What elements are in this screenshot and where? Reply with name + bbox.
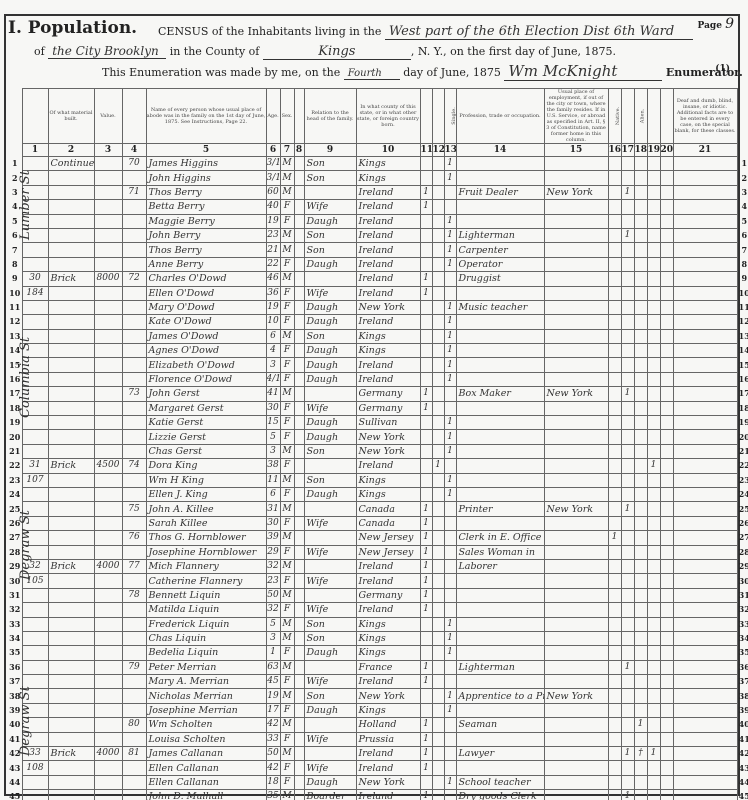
family-number: [122, 516, 146, 530]
material: [48, 732, 94, 746]
age: 11: [266, 473, 280, 487]
occupation: Dry goods Clerk: [456, 790, 544, 800]
color: [294, 387, 304, 401]
age: 46: [266, 272, 280, 286]
person-name: James O'Dowd: [146, 329, 266, 343]
age: 32: [266, 603, 280, 617]
illiterate: [660, 516, 673, 530]
column-number: 1: [22, 144, 48, 157]
table-row: 28Josephine Hornblower29FWifeNew Jersey1…: [8, 545, 748, 559]
sex: F: [280, 516, 294, 530]
illiterate: [660, 257, 673, 271]
line-number-left: 45: [8, 790, 22, 800]
employment-place: [544, 200, 608, 214]
line-number-right: 35: [737, 646, 748, 660]
land-owner: [647, 315, 660, 329]
line-number-left: 21: [8, 444, 22, 458]
married: 1: [420, 588, 432, 602]
remarks: [673, 157, 737, 171]
value: [94, 617, 122, 631]
enumeration-date-text: day of June, 1875: [403, 66, 501, 79]
relation: Son: [304, 617, 356, 631]
value: [94, 703, 122, 717]
person-name: Thos Berry: [146, 185, 266, 199]
married: 1: [420, 660, 432, 674]
birthplace: Ireland: [356, 459, 420, 473]
dwelling-number: [22, 660, 48, 674]
table-row: 45John D. Mulhall35MBoarderIreland1Dry g…: [8, 790, 748, 800]
table-row: 10184Ellen O'Dowd36FWifeIreland110: [8, 286, 748, 300]
material: [48, 214, 94, 228]
table-row: 2776Thos G. Hornblower39MNew Jersey1Cler…: [8, 531, 748, 545]
value: [94, 372, 122, 386]
native: [608, 430, 621, 444]
land-owner: [647, 775, 660, 789]
widowed: [432, 559, 444, 573]
remarks: [673, 646, 737, 660]
widowed: [432, 660, 444, 674]
family-number: [122, 430, 146, 444]
alien: [634, 243, 647, 257]
relation: Daugh: [304, 344, 356, 358]
single: 1: [444, 358, 456, 372]
col-14-header: Profession, trade or occupation.: [456, 89, 544, 144]
dwelling-number: 107: [22, 473, 48, 487]
native: [608, 646, 621, 660]
col-16-header: Native.: [608, 89, 621, 144]
native: [608, 344, 621, 358]
illiterate: [660, 559, 673, 573]
dwelling-number: [22, 243, 48, 257]
land-owner: [647, 157, 660, 171]
col-9-header: Relation to the head of the family.: [304, 89, 356, 144]
native: [608, 718, 621, 732]
birthplace: Kings: [356, 631, 420, 645]
sex: F: [280, 214, 294, 228]
land-owner: [647, 516, 660, 530]
material: [48, 588, 94, 602]
line-number-right: 28: [737, 545, 748, 559]
material: [48, 646, 94, 660]
sex: F: [280, 344, 294, 358]
value: [94, 228, 122, 242]
person-name: Wm H King: [146, 473, 266, 487]
age: 60: [266, 185, 280, 199]
alien: [634, 459, 647, 473]
table-row: 13James O'Dowd6MSonKings113: [8, 329, 748, 343]
relation: Wife: [304, 761, 356, 775]
line-number-left: 9: [8, 272, 22, 286]
sex: F: [280, 545, 294, 559]
family-number: [122, 603, 146, 617]
color: [294, 344, 304, 358]
material: [48, 228, 94, 242]
dwelling-number: [22, 646, 48, 660]
naturalized: [621, 588, 634, 602]
table-row: 37Mary A. Merrian45FWifeIreland137: [8, 675, 748, 689]
sex: F: [280, 603, 294, 617]
native: [608, 603, 621, 617]
birthplace: France: [356, 660, 420, 674]
widowed: [432, 401, 444, 415]
sex: M: [280, 660, 294, 674]
native: [608, 329, 621, 343]
line-number-right: 15: [737, 358, 748, 372]
table-row: 3679Peter Merrian63MFrance1Lighterman136: [8, 660, 748, 674]
relation: Daugh: [304, 358, 356, 372]
native: [608, 157, 621, 171]
table-row: 23107Wm H King11MSonKings123: [8, 473, 748, 487]
family-number: [122, 473, 146, 487]
table-row: 4080Wm Scholten42MHolland1Seaman140: [8, 718, 748, 732]
remarks: [673, 444, 737, 458]
naturalized: 1: [621, 185, 634, 199]
line-number-left: 8: [8, 257, 22, 271]
alien: [634, 775, 647, 789]
alien: [634, 358, 647, 372]
relation: Daugh: [304, 300, 356, 314]
native: [608, 387, 621, 401]
employment-place: [544, 545, 608, 559]
relation: Son: [304, 243, 356, 257]
relation: [304, 747, 356, 761]
native: [608, 200, 621, 214]
naturalized: [621, 574, 634, 588]
age: 18: [266, 775, 280, 789]
line-number-right: 26: [737, 516, 748, 530]
material: [48, 387, 94, 401]
color: [294, 675, 304, 689]
employment-place: [544, 372, 608, 386]
table-row: 39Josephine Merrian17FDaughKings139: [8, 703, 748, 717]
family-number: [122, 790, 146, 800]
birthplace: Ireland: [356, 228, 420, 242]
occupation: [456, 171, 544, 185]
person-name: Nicholas Merrian: [146, 689, 266, 703]
married: [420, 243, 432, 257]
material: [48, 689, 94, 703]
line-number-right: 19: [737, 416, 748, 430]
birthplace: Ireland: [356, 200, 420, 214]
material: [48, 329, 94, 343]
widowed: [432, 344, 444, 358]
widowed: [432, 531, 444, 545]
naturalized: [621, 689, 634, 703]
illiterate: [660, 761, 673, 775]
family-number: [122, 315, 146, 329]
col-21-header: Deaf and dumb, blind, insane, or idiotic…: [673, 89, 737, 144]
table-row: 35Bedelia Liquin1FDaughKings135: [8, 646, 748, 660]
land-owner: [647, 487, 660, 501]
illiterate: [660, 660, 673, 674]
land-owner: [647, 286, 660, 300]
birthplace: Ireland: [356, 574, 420, 588]
material: Brick: [48, 559, 94, 573]
birthplace: Ireland: [356, 243, 420, 257]
illiterate: [660, 588, 673, 602]
color: [294, 358, 304, 372]
occupation: School teacher: [456, 775, 544, 789]
widowed: [432, 214, 444, 228]
family-number: 77: [122, 559, 146, 573]
material: [48, 502, 94, 516]
family-number: 70: [122, 157, 146, 171]
col-2-header: Of what material built.: [48, 89, 94, 144]
illiterate: [660, 459, 673, 473]
color: [294, 214, 304, 228]
remarks: [673, 487, 737, 501]
naturalized: [621, 286, 634, 300]
land-owner: [647, 603, 660, 617]
naturalized: [621, 344, 634, 358]
illiterate: [660, 689, 673, 703]
col-11-header: Now married.: [420, 89, 432, 144]
family-number: [122, 243, 146, 257]
person-name: Josephine Hornblower: [146, 545, 266, 559]
illiterate: [660, 416, 673, 430]
age: 3: [266, 444, 280, 458]
age: 30: [266, 516, 280, 530]
illiterate: [660, 531, 673, 545]
material: [48, 171, 94, 185]
value: [94, 329, 122, 343]
age: 3/12: [266, 171, 280, 185]
family-number: [122, 646, 146, 660]
table-row: 26Sarah Killee30FWifeCanada126: [8, 516, 748, 530]
material: [48, 617, 94, 631]
color: [294, 559, 304, 573]
age: 3/12: [266, 157, 280, 171]
column-number: 12: [432, 144, 444, 157]
land-owner: [647, 430, 660, 444]
relation: [304, 387, 356, 401]
value: [94, 416, 122, 430]
color: [294, 300, 304, 314]
single: 1: [444, 214, 456, 228]
single: 1: [444, 344, 456, 358]
relation: Son: [304, 473, 356, 487]
married: [420, 775, 432, 789]
native: [608, 790, 621, 800]
relation: [304, 531, 356, 545]
column-number: 14: [456, 144, 544, 157]
person-name: Margaret Gerst: [146, 401, 266, 415]
alien: [634, 300, 647, 314]
table-row: 14Agnes O'Dowd4FDaughKings114: [8, 344, 748, 358]
remarks: [673, 344, 737, 358]
occupation: [456, 329, 544, 343]
of-text: of: [34, 45, 45, 58]
material: [48, 545, 94, 559]
naturalized: 1: [621, 790, 634, 800]
color: [294, 574, 304, 588]
illiterate: [660, 157, 673, 171]
material: [48, 775, 94, 789]
alien: [634, 531, 647, 545]
person-name: Mary O'Dowd: [146, 300, 266, 314]
married: [420, 430, 432, 444]
married: [420, 617, 432, 631]
column-number: 13: [444, 144, 456, 157]
alien: [634, 416, 647, 430]
occupation: [456, 459, 544, 473]
line-number-right: 43: [737, 761, 748, 775]
employment-place: New York: [544, 502, 608, 516]
native: [608, 444, 621, 458]
widowed: [432, 286, 444, 300]
dwelling-number: [22, 257, 48, 271]
occupation: Lighterman: [456, 228, 544, 242]
value: [94, 171, 122, 185]
married: 1: [420, 747, 432, 761]
occupation: Seaman: [456, 718, 544, 732]
alien: [634, 344, 647, 358]
family-number: [122, 761, 146, 775]
widowed: [432, 171, 444, 185]
relation: Boarder: [304, 790, 356, 800]
land-owner: [647, 617, 660, 631]
employment-place: [544, 775, 608, 789]
person-name: Matilda Liquin: [146, 603, 266, 617]
occupation: [456, 344, 544, 358]
census-table: Numbered in order of visitation. Of what…: [8, 88, 748, 800]
table-row: 30105Catherine Flannery23FWifeIreland130: [8, 574, 748, 588]
person-name: Sarah Killee: [146, 516, 266, 530]
family-number: 73: [122, 387, 146, 401]
age: 4: [266, 344, 280, 358]
table-row: 11Mary O'Dowd19FDaughNew York1Music teac…: [8, 300, 748, 314]
line-number-right: 45: [737, 790, 748, 800]
remarks: [673, 358, 737, 372]
value: [94, 315, 122, 329]
family-number: 76: [122, 531, 146, 545]
line-number-right: 11: [737, 300, 748, 314]
value: [94, 588, 122, 602]
birthplace: Ireland: [356, 214, 420, 228]
birthplace: Germany: [356, 401, 420, 415]
remarks: [673, 747, 737, 761]
occupation: [456, 214, 544, 228]
material: Brick: [48, 747, 94, 761]
employment-place: [544, 329, 608, 343]
family-number: [122, 487, 146, 501]
column-number: 11: [420, 144, 432, 157]
naturalized: 1: [621, 747, 634, 761]
line-number-left: 44: [8, 775, 22, 789]
birthplace: Canada: [356, 502, 420, 516]
married: [420, 358, 432, 372]
birthplace: New York: [356, 300, 420, 314]
line-number-right: 3: [737, 185, 748, 199]
land-owner: [647, 559, 660, 573]
relation: Son: [304, 329, 356, 343]
column-number: 17: [621, 144, 634, 157]
illiterate: [660, 473, 673, 487]
relation: [304, 185, 356, 199]
land-owner: [647, 502, 660, 516]
value: [94, 574, 122, 588]
married: [420, 487, 432, 501]
family-number: 78: [122, 588, 146, 602]
naturalized: [621, 531, 634, 545]
single: 1: [444, 473, 456, 487]
birthplace: Kings: [356, 487, 420, 501]
single: [444, 516, 456, 530]
single: 1: [444, 157, 456, 171]
widowed: [432, 732, 444, 746]
column-number: 20: [660, 144, 673, 157]
age: 42: [266, 761, 280, 775]
remarks: [673, 286, 737, 300]
native: [608, 185, 621, 199]
color: [294, 603, 304, 617]
material: [48, 660, 94, 674]
family-number: [122, 228, 146, 242]
native: [608, 775, 621, 789]
single: 1: [444, 487, 456, 501]
col-18-header: Alien.: [634, 89, 647, 144]
spacer: [8, 144, 22, 157]
table-row: 2932Brick400077Mich Flannery32MIreland1L…: [8, 559, 748, 573]
married: 1: [420, 502, 432, 516]
value: [94, 775, 122, 789]
dwelling-number: 108: [22, 761, 48, 775]
remarks: [673, 502, 737, 516]
remarks: [673, 329, 737, 343]
land-owner: [647, 401, 660, 415]
remarks: [673, 617, 737, 631]
occupation: [456, 487, 544, 501]
sex: M: [280, 617, 294, 631]
material: [48, 430, 94, 444]
value: [94, 718, 122, 732]
naturalized: [621, 487, 634, 501]
table-row: 2575John A. Killee31MCanada1PrinterNew Y…: [8, 502, 748, 516]
widowed: [432, 272, 444, 286]
employment-place: [544, 516, 608, 530]
table-row: 1Continued70James Higgins3/12MSonKings11: [8, 157, 748, 171]
age: 31: [266, 502, 280, 516]
single: [444, 588, 456, 602]
sex: F: [280, 574, 294, 588]
birthplace: New Jersey: [356, 545, 420, 559]
line-number-left: 35: [8, 646, 22, 660]
widowed: [432, 718, 444, 732]
single: [444, 545, 456, 559]
family-number: [122, 171, 146, 185]
line-number-right: 27: [737, 531, 748, 545]
occupation: [456, 516, 544, 530]
single: [444, 531, 456, 545]
line-number-right: 39: [737, 703, 748, 717]
column-number: 16: [608, 144, 621, 157]
sex: F: [280, 775, 294, 789]
value: [94, 243, 122, 257]
alien: [634, 214, 647, 228]
land-owner: [647, 185, 660, 199]
value: 4000: [94, 559, 122, 573]
person-name: Florence O'Dowd: [146, 372, 266, 386]
material: Brick: [48, 459, 94, 473]
naturalized: [621, 631, 634, 645]
col-6-header: Age.: [266, 89, 280, 144]
illiterate: [660, 401, 673, 415]
occupation: Druggist: [456, 272, 544, 286]
employment-place: [544, 531, 608, 545]
married: 1: [420, 790, 432, 800]
land-owner: [647, 718, 660, 732]
remarks: [673, 761, 737, 775]
